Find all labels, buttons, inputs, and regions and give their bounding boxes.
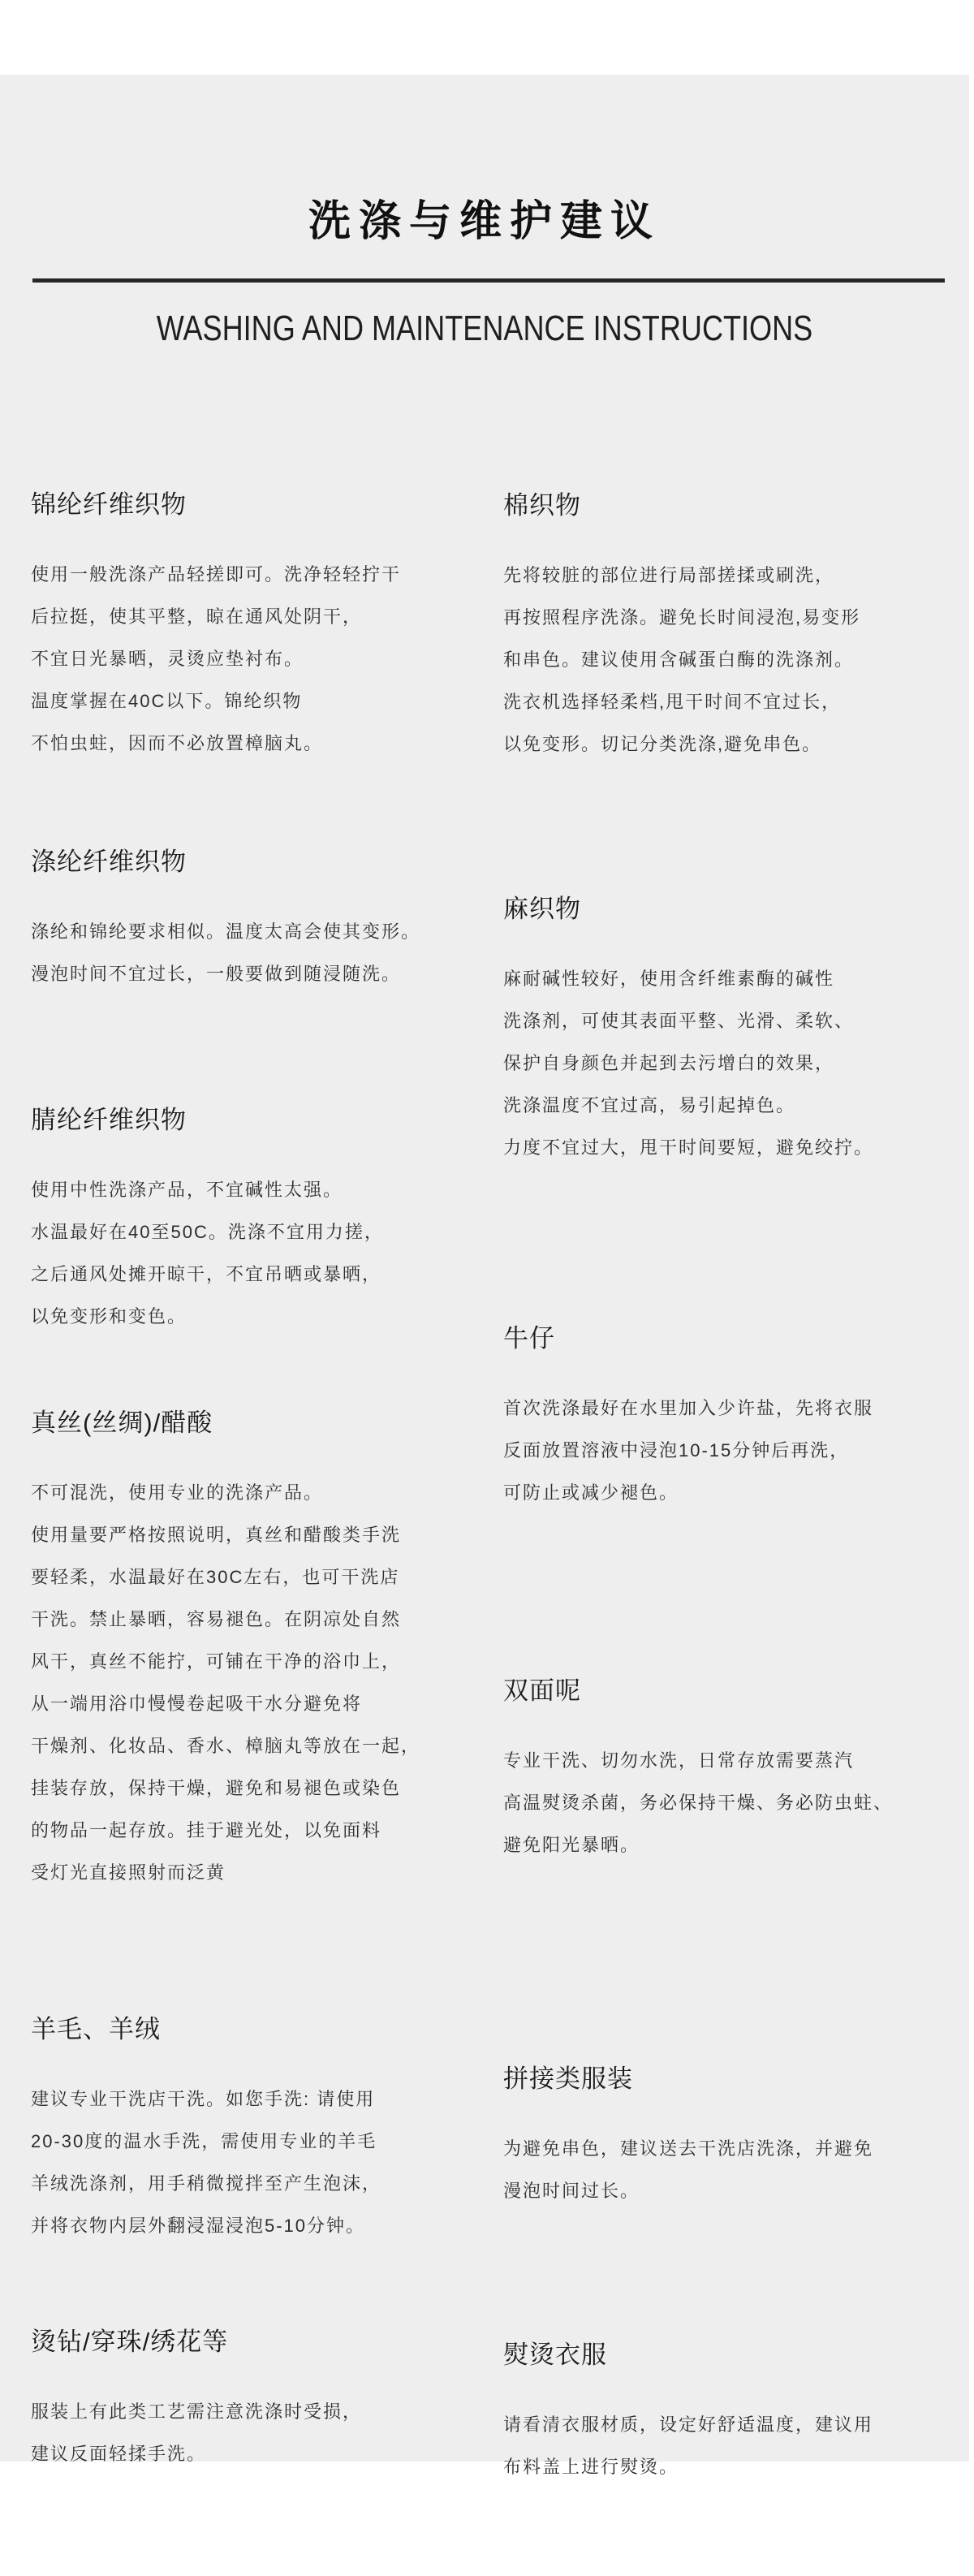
section-body: 使用一般洗涤产品轻搓即可。洗净轻轻拧干 后拉挺，使其平整，晾在通风处阴干， 不宜… xyxy=(31,554,489,765)
section-linen-fabric: 麻织物 麻耐碱性较好，使用含纤维素酶的碱性 洗涤剂，可使其表面平整、光滑、柔软、… xyxy=(503,893,962,1169)
section-acrylic-fabric: 腈纶纤维织物 使用中性洗涤产品，不宜碱性太强。 水温最好在40至50C。洗涤不宜… xyxy=(31,1104,489,1338)
gray-content-card: 洗涤与维护建议 WASHING AND MAINTENANCE INSTRUCT… xyxy=(0,75,969,2462)
section-heading: 涤纶纤维织物 xyxy=(31,846,489,878)
section-body: 先将较脏的部位进行局部搓揉或刷洗， 再按照程序洗涤。避免长时间浸泡,易变形 和串… xyxy=(503,554,962,766)
section-denim: 牛仔 首次洗涤最好在水里加入少许盐，先将衣服 反面放置溶液中浸泡10-15分钟后… xyxy=(503,1323,962,1514)
section-patchwork-garments: 拼接类服装 为避免串色，建议送去干洗店洗涤，并避免 漫泡时间过长。 xyxy=(503,2063,962,2212)
section-rhinestone-bead-embroidery: 烫钻/穿珠/绣花等 服装上有此类工艺需注意洗涤时受损， 建议反面轻揉手洗。 xyxy=(31,2326,489,2475)
section-wool-cashmere: 羊毛、羊绒 建议专业干洗店干洗。如您手洗: 请使用 20-30度的温水手洗，需使… xyxy=(31,2013,489,2247)
title-divider-rule xyxy=(32,278,945,283)
section-ironing-clothes: 熨烫衣服 请看清衣服材质，设定好舒适温度，建议用 布料盖上进行熨烫。 xyxy=(503,2339,962,2488)
section-polyester-fabric: 涤纶纤维织物 涤纶和锦纶要求相似。温度太高会使其变形。 漫泡时间不宜过长，一般要… xyxy=(31,846,489,995)
section-body: 建议专业干洗店干洗。如您手洗: 请使用 20-30度的温水手洗，需使用专业的羊毛… xyxy=(31,2078,489,2247)
section-heading: 熨烫衣服 xyxy=(503,2339,962,2371)
care-instructions-page: 洗涤与维护建议 WASHING AND MAINTENANCE INSTRUCT… xyxy=(0,0,974,2576)
section-heading: 麻织物 xyxy=(503,893,962,926)
page-subtitle-text: WASHING AND MAINTENANCE INSTRUCTIONS xyxy=(157,309,813,348)
page-title: 洗涤与维护建议 xyxy=(0,196,969,247)
section-heading: 腈纶纤维织物 xyxy=(31,1104,489,1137)
section-heading: 羊毛、羊绒 xyxy=(31,2013,489,2046)
section-heading: 拼接类服装 xyxy=(503,2063,962,2095)
section-nylon-fabric: 锦纶纤维织物 使用一般洗涤产品轻搓即可。洗净轻轻拧干 后拉挺，使其平整，晾在通风… xyxy=(31,489,489,765)
section-body: 不可混洗，使用专业的洗涤产品。 使用量要严格按照说明，真丝和醋酸类手洗 要轻柔，… xyxy=(31,1472,489,1894)
section-heading: 双面呢 xyxy=(503,1675,962,1707)
section-body: 请看清衣服材质，设定好舒适温度，建议用 布料盖上进行熨烫。 xyxy=(503,2404,962,2488)
section-body: 使用中性洗涤产品，不宜碱性太强。 水温最好在40至50C。洗涤不宜用力搓， 之后… xyxy=(31,1169,489,1338)
section-body: 专业干洗、切勿水洗，日常存放需要蒸汽 高温熨烫杀菌，务必保持干燥、务必防虫蛀、 … xyxy=(503,1740,962,1866)
section-heading: 牛仔 xyxy=(503,1323,962,1355)
section-cotton-fabric: 棉织物 先将较脏的部位进行局部搓揉或刷洗， 再按照程序洗涤。避免长时间浸泡,易变… xyxy=(503,490,962,766)
section-heading: 锦纶纤维织物 xyxy=(31,489,489,521)
section-body: 为避免串色，建议送去干洗店洗涤，并避免 漫泡时间过长。 xyxy=(503,2128,962,2212)
section-heading: 烫钻/穿珠/绣花等 xyxy=(31,2326,489,2358)
section-body: 首次洗涤最好在水里加入少许盐，先将衣服 反面放置溶液中浸泡10-15分钟后再洗，… xyxy=(503,1387,962,1514)
section-body: 麻耐碱性较好，使用含纤维素酶的碱性 洗涤剂，可使其表面平整、光滑、柔软、 保护自… xyxy=(503,958,962,1169)
section-body: 服装上有此类工艺需注意洗涤时受损， 建议反面轻揉手洗。 xyxy=(31,2391,489,2475)
section-double-faced-wool: 双面呢 专业干洗、切勿水洗，日常存放需要蒸汽 高温熨烫杀菌，务必保持干燥、务必防… xyxy=(503,1675,962,1866)
page-subtitle: WASHING AND MAINTENANCE INSTRUCTIONS xyxy=(0,309,969,348)
section-silk-acetate: 真丝(丝绸)/醋酸 不可混洗，使用专业的洗涤产品。 使用量要严格按照说明，真丝和… xyxy=(31,1407,489,1894)
section-heading: 真丝(丝绸)/醋酸 xyxy=(31,1407,489,1439)
section-heading: 棉织物 xyxy=(503,490,962,522)
section-body: 涤纶和锦纶要求相似。温度太高会使其变形。 漫泡时间不宜过长，一般要做到随浸随洗。 xyxy=(31,911,489,995)
